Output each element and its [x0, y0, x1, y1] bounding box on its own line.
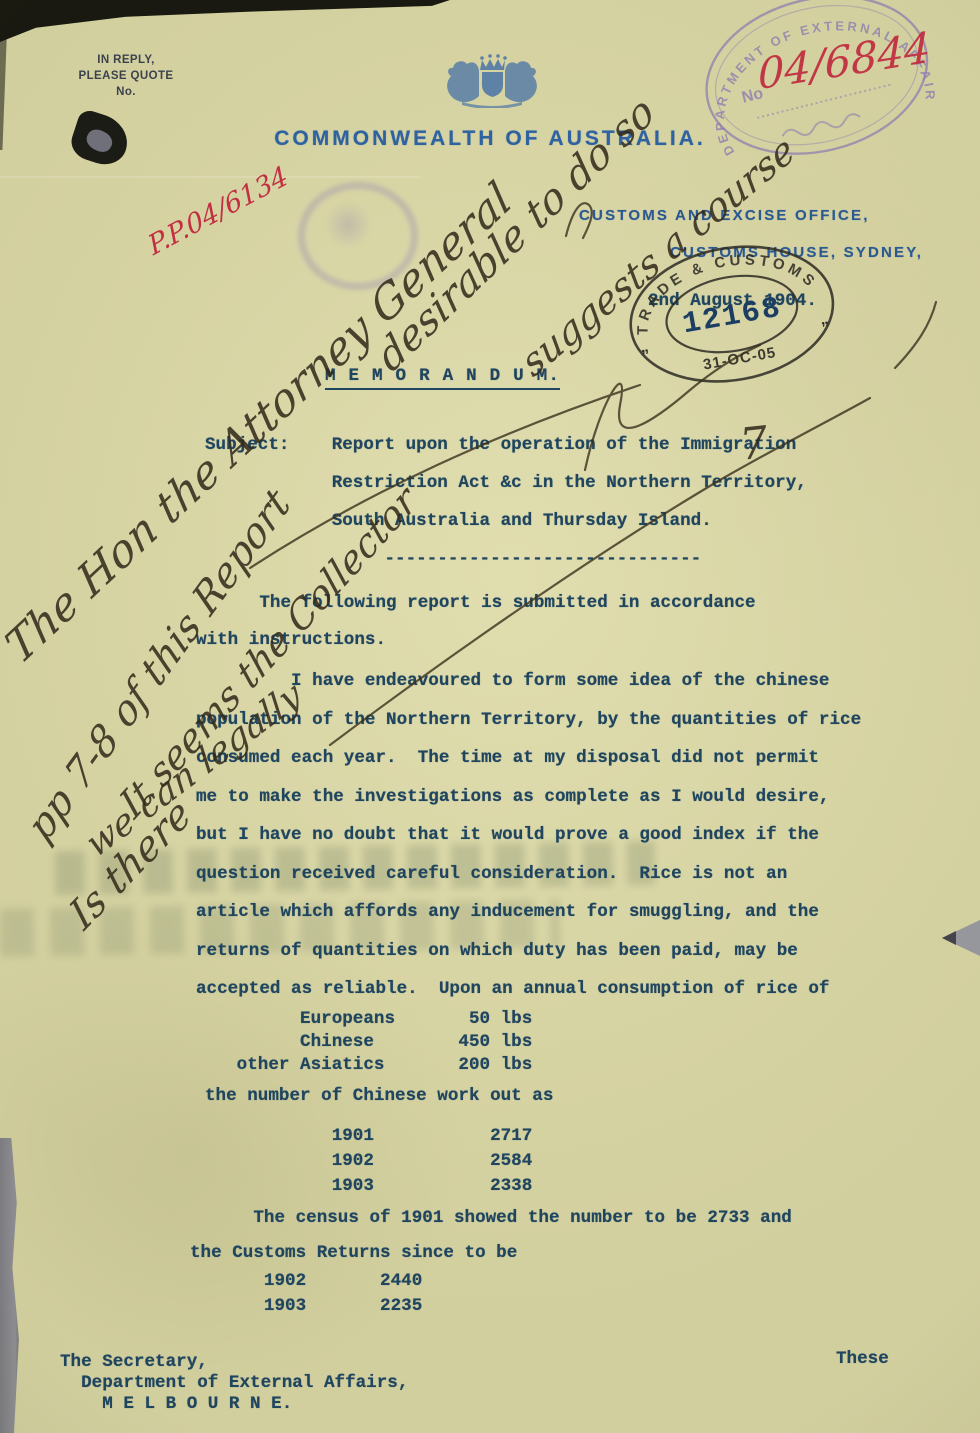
- workout-line: the number of Chinese work out as: [205, 1086, 553, 1106]
- chinese-numbers-table: 1901 2717 1902 2584 1903 2338: [205, 1124, 532, 1199]
- customs-returns-table: 1902 2440 1903 2235: [190, 1269, 422, 1319]
- paper-crease: [0, 176, 420, 178]
- paragraph-census: The census of 1901 showed the number to …: [190, 1201, 792, 1271]
- stamp-side-mark: „: [819, 310, 830, 328]
- stamp-date: 31-OC-05: [702, 344, 778, 374]
- stamp-side-mark: „: [639, 338, 650, 356]
- subject-block: Subject: Report upon the operation of th…: [205, 426, 807, 578]
- memo-heading: M E M O R A N D U M.: [325, 366, 560, 390]
- stamp-squiggle: [781, 113, 861, 141]
- stamp-number: 12168: [680, 292, 784, 343]
- torn-top-edge: [0, 0, 450, 42]
- addressee-block: The Secretary, Department of External Af…: [60, 1352, 408, 1415]
- punch-hole: [67, 108, 134, 171]
- reply-quote-note: IN REPLY, PLEASE QUOTE No.: [68, 52, 184, 100]
- rice-consumption-table: Europeans 50 lbs Chinese 450 lbs other A…: [205, 1008, 532, 1077]
- pencil-tip: [942, 920, 980, 956]
- these-note: These: [836, 1349, 889, 1369]
- handwriting-numeral: 7: [737, 417, 770, 471]
- royal-coat-of-arms-icon: [432, 50, 552, 108]
- torn-left-edge-bottom: [0, 1138, 27, 1433]
- document-page: IN REPLY, PLEASE QUOTE No. COMMONWEALTH …: [0, 0, 980, 1433]
